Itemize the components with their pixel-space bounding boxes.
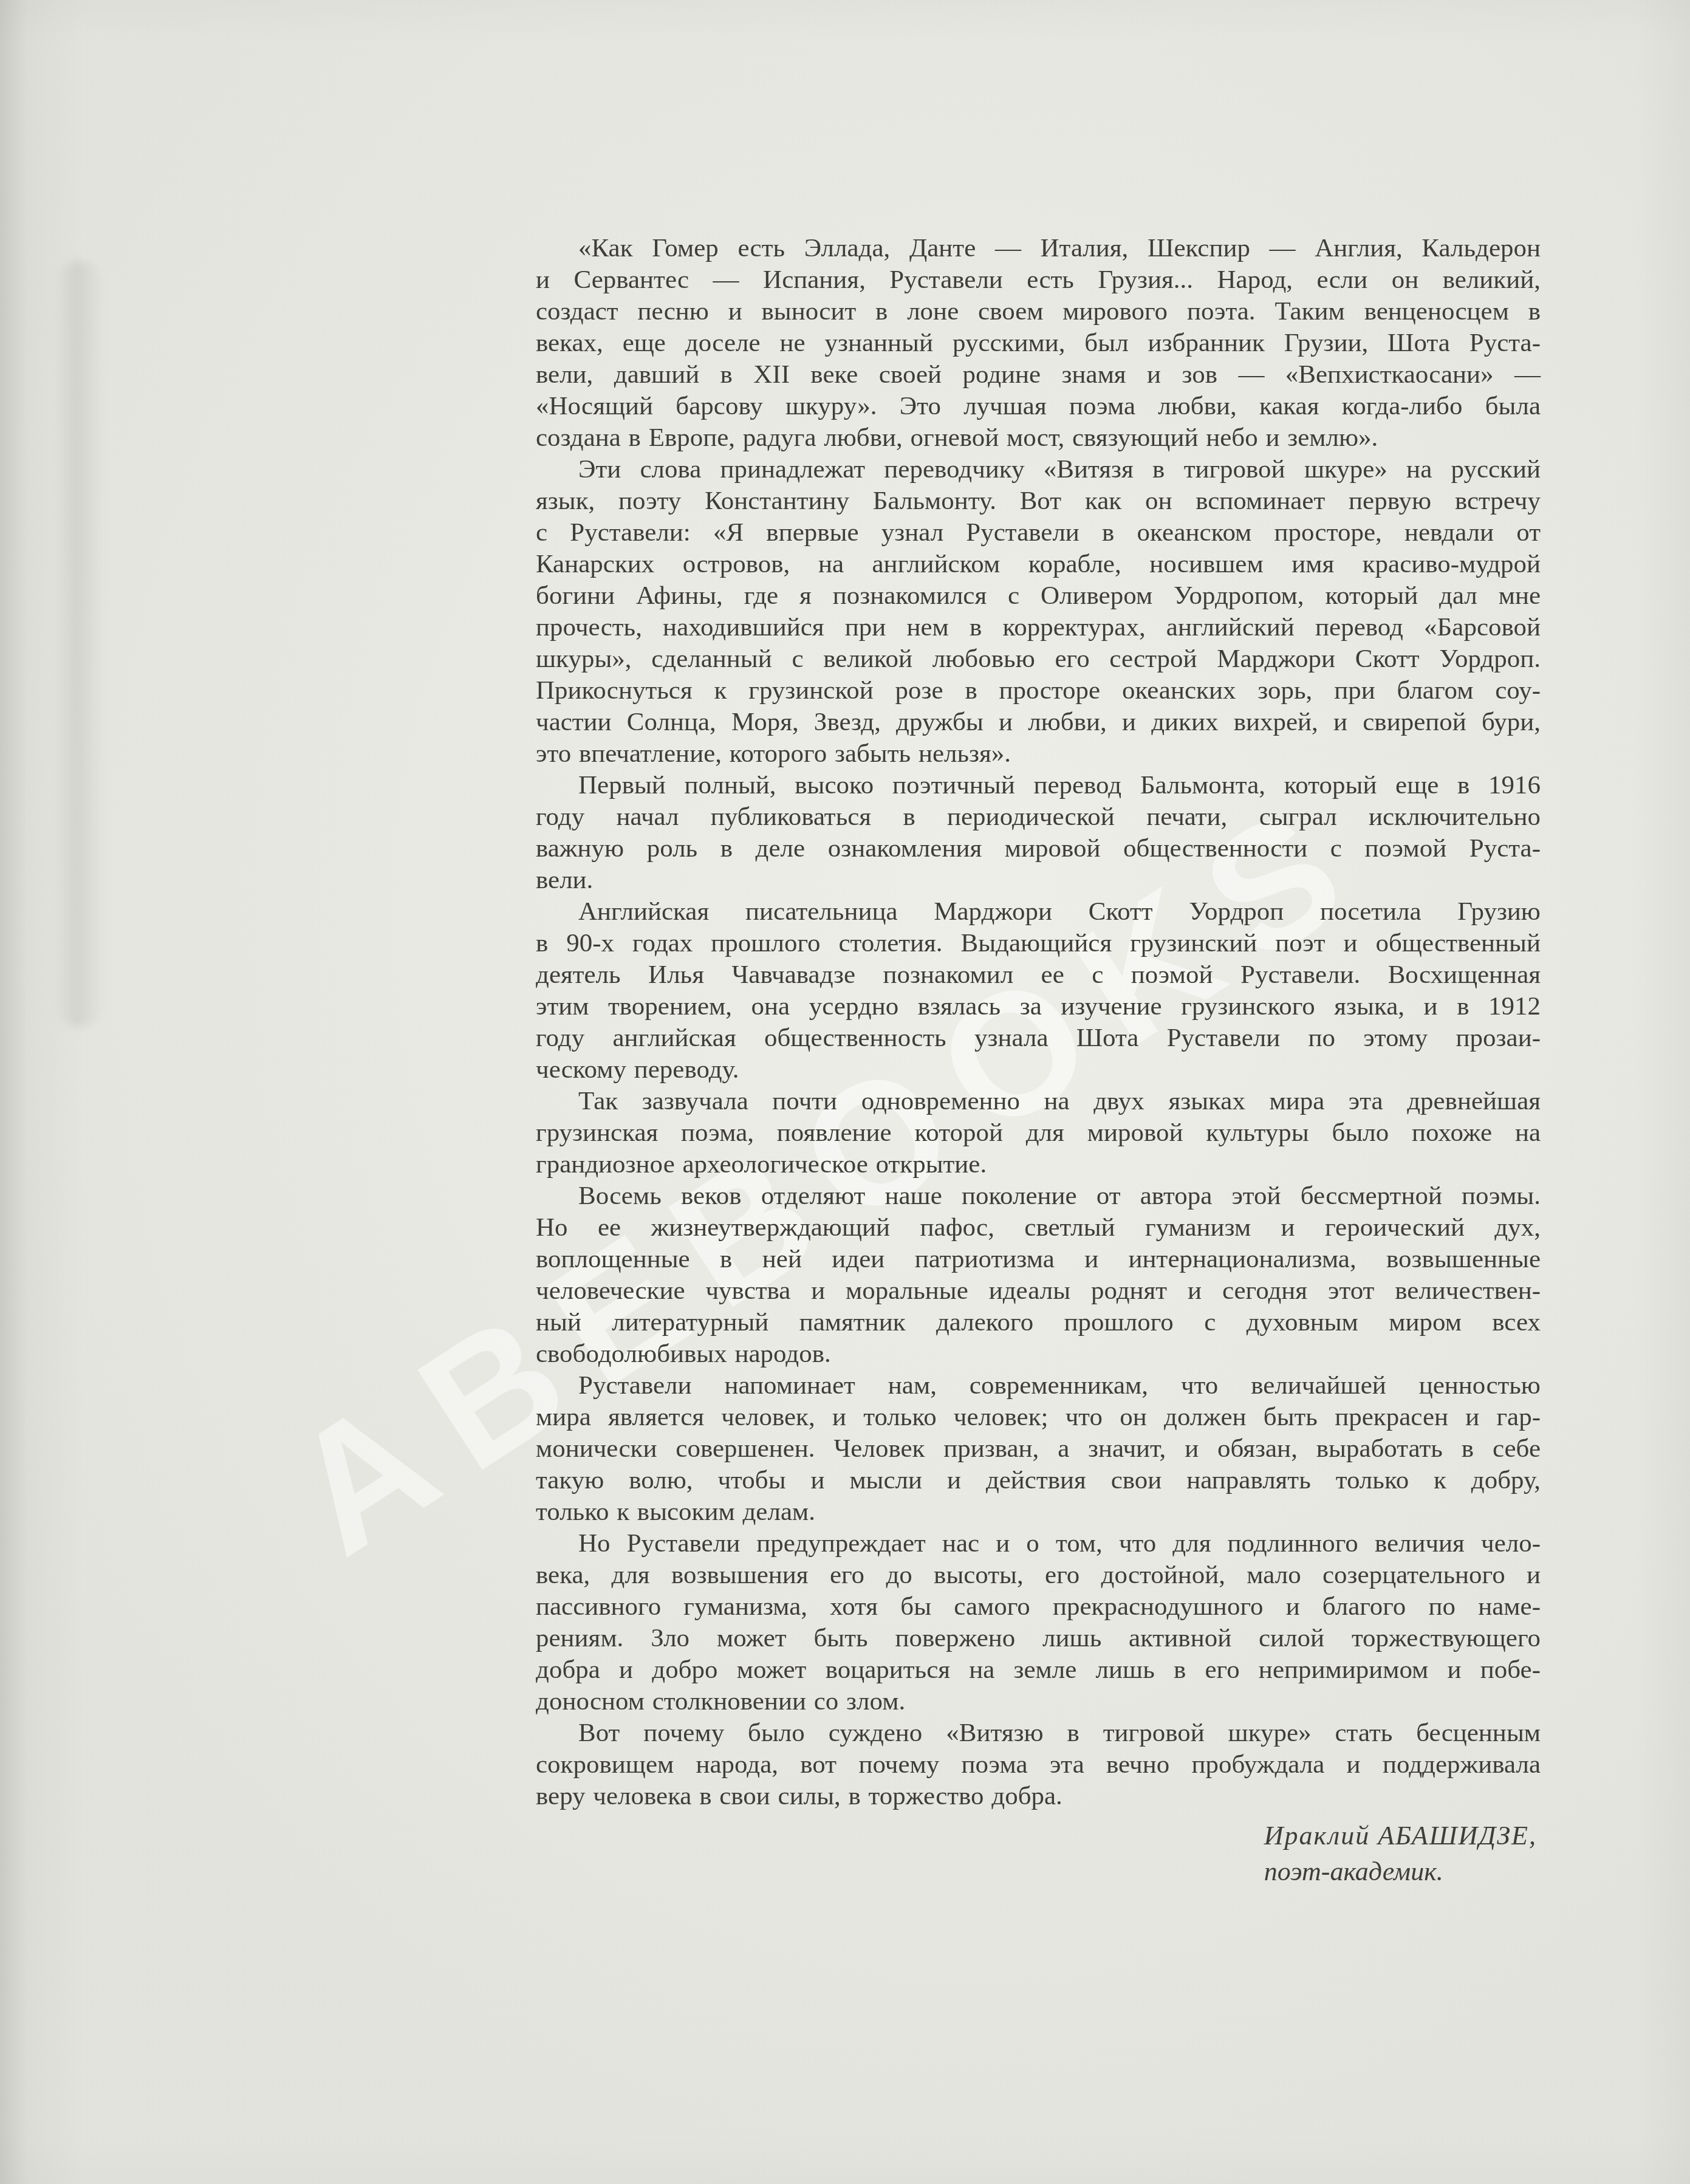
text-line: добра и добро может воцариться на земле … — [536, 1654, 1541, 1686]
text-line: это впечатление, которого забыть нельзя»… — [536, 738, 1541, 770]
text-line: прочесть, находившийся при нем в коррект… — [536, 612, 1541, 643]
text-line: язык, поэту Константину Бальмонту. Вот к… — [536, 485, 1541, 517]
text-line: воплощенные в ней идеи патриотизма и инт… — [536, 1244, 1541, 1275]
text-line: вели, давший в XII веке своей родине зна… — [536, 359, 1541, 391]
text-line: Вот почему было суждено «Витязю в тигров… — [536, 1717, 1541, 1749]
text-line: важную роль в деле ознакомления мировой … — [536, 833, 1541, 864]
scan-shadow — [56, 261, 103, 1027]
text-line: году начал публиковаться в периодической… — [536, 801, 1541, 833]
book-page: ABEBOOKS «Как Гомер есть Эллада, Данте —… — [0, 0, 1690, 2184]
text-line: деятель Илья Чавчавадзе познакомил ее с … — [536, 959, 1541, 991]
text-line: году английская общественность узнала Шо… — [536, 1022, 1541, 1054]
text-line: этим творением, она усердно взялась за и… — [536, 991, 1541, 1022]
text-line: «Носящий барсову шкуру». Это лучшая поэм… — [536, 391, 1541, 422]
text-line: грандиозное археологическое открытие. — [536, 1149, 1541, 1180]
text-line: такую волю, чтобы и мысли и действия сво… — [536, 1465, 1541, 1496]
text-line: богини Афины, где я познакомился с Оливе… — [536, 580, 1541, 612]
text-line: грузинская поэма, появление которой для … — [536, 1117, 1541, 1149]
text-line: Канарских островов, на английском корабл… — [536, 549, 1541, 580]
text-line: Но Руставели предупреждает нас и о том, … — [536, 1528, 1541, 1559]
text-line: монически совершенен. Человек призван, а… — [536, 1433, 1541, 1465]
text-line: Но ее жизнеутверждающий пафос, светлый г… — [536, 1212, 1541, 1244]
text-line: Восемь веков отделяют наше поколение от … — [536, 1180, 1541, 1212]
signature-name: Ираклий АБАШИДЗЕ, — [1264, 1818, 1537, 1854]
text-line: доносном столкновении со злом. — [536, 1686, 1541, 1717]
author-signature: Ираклий АБАШИДЗЕ, поэт-академик. — [1264, 1818, 1537, 1889]
text-line: Так зазвучала почти одновременно на двух… — [536, 1086, 1541, 1117]
text-line: и Сервантес — Испания, Руставели есть Гр… — [536, 264, 1541, 296]
text-line: сокровищем народа, вот почему поэма эта … — [536, 1749, 1541, 1781]
text-line: веру человека в свои силы, в торжество д… — [536, 1781, 1541, 1812]
text-line: веках, еще доселе не узнанный русскими, … — [536, 327, 1541, 359]
text-line: Первый полный, высоко поэтичный перевод … — [536, 770, 1541, 801]
signature-title: поэт-академик. — [1264, 1854, 1537, 1889]
text-line: ный литературный памятник далекого прошл… — [536, 1307, 1541, 1338]
text-line: вели. — [536, 864, 1541, 896]
text-line: рениям. Зло может быть повержено лишь ак… — [536, 1623, 1541, 1654]
text-line: с Руставели: «Я впервые узнал Руставели … — [536, 517, 1541, 549]
text-line: «Как Гомер есть Эллада, Данте — Италия, … — [536, 233, 1541, 264]
text-line: человеческие чувства и моральные идеалы … — [536, 1275, 1541, 1307]
text-line: создаст песню и выносит в лоне своем мир… — [536, 296, 1541, 327]
text-line: мира является человек, и только человек;… — [536, 1402, 1541, 1433]
text-line: века, для возвышения его до высоты, его … — [536, 1559, 1541, 1591]
text-line: пассивного гуманизма, хотя бы самого пре… — [536, 1591, 1541, 1623]
text-line: Прикоснуться к грузинской розе в простор… — [536, 675, 1541, 707]
text-line: ческому переводу. — [536, 1054, 1541, 1086]
text-line: Английская писательница Марджори Скотт У… — [536, 896, 1541, 928]
foreword-text: «Как Гомер есть Эллада, Данте — Италия, … — [536, 233, 1541, 1812]
text-line: шкуры», сделанный с великой любовью его … — [536, 643, 1541, 675]
text-line: Эти слова принадлежат переводчику «Витяз… — [536, 454, 1541, 485]
text-line: создана в Европе, радуга любви, огневой … — [536, 422, 1541, 454]
text-line: частии Солнца, Моря, Звезд, дружбы и люб… — [536, 707, 1541, 738]
text-line: Руставели напоминает нам, современникам,… — [536, 1370, 1541, 1402]
text-line: только к высоким делам. — [536, 1496, 1541, 1528]
text-line: в 90-х годах прошлого столетия. Выдающий… — [536, 928, 1541, 959]
text-line: свободолюбивых народов. — [536, 1338, 1541, 1370]
